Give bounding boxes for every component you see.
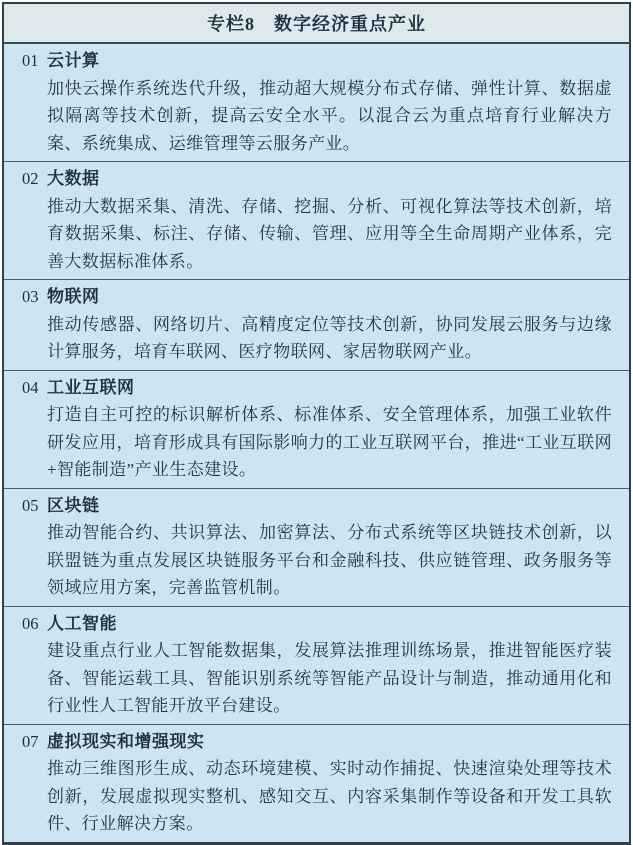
industry-section: 01 云计算 加快云操作系统迭代升级，推动超大规模分布式存储、弹性计算、数据虚拟… (4, 44, 629, 162)
section-number: 02 (22, 165, 47, 193)
section-title: 虚拟现实和增强现实 (47, 728, 205, 756)
section-number: 01 (22, 47, 47, 75)
section-title: 区块链 (47, 492, 100, 520)
industry-section: 06 人工智能 建设重点行业人工智能数据集，发展算法推理训练场景，推进智能医疗装… (4, 607, 629, 725)
section-title-row: 01 云计算 (4, 47, 629, 75)
sections-list: 01 云计算 加快云操作系统迭代升级，推动超大规模分布式存储、弹性计算、数据虚拟… (4, 44, 629, 828)
section-title-row: 05 区块链 (4, 492, 629, 520)
section-title: 工业互联网 (47, 374, 135, 402)
industry-box: 专栏8 数字经济重点产业 01 云计算 加快云操作系统迭代升级，推动超大规模分布… (2, 2, 631, 828)
section-description: 推动智能合约、共识算法、加密算法、分布式系统等区块链技术创新，以联盟链为重点发展… (47, 519, 612, 602)
section-number: 05 (22, 492, 47, 520)
section-number: 06 (22, 610, 47, 638)
industry-section: 04 工业互联网 打造自主可控的标识解析体系、标准体系、安全管理体系，加强工业软… (4, 371, 629, 489)
box-title: 专栏8 数字经济重点产业 (207, 10, 426, 36)
industry-section: 02 大数据 推动大数据采集、清洗、存储、挖掘、分析、可视化算法等技术创新，培育… (4, 162, 629, 280)
section-title-row: 07 虚拟现实和增强现实 (4, 728, 629, 756)
section-description: 推动三维图形生成、动态环境建模、实时动作捕捉、快速渲染处理等技术创新，发展虚拟现… (47, 755, 612, 828)
industry-section: 03 物联网 推动传感器、网络切片、高精度定位等技术创新，协同发展云服务与边缘计… (4, 280, 629, 371)
section-title: 云计算 (47, 47, 100, 75)
section-title: 物联网 (47, 283, 100, 311)
section-title: 大数据 (47, 165, 100, 193)
section-title: 人工智能 (47, 610, 117, 638)
industry-section: 07 虚拟现实和增强现实 推动三维图形生成、动态环境建模、实时动作捕捉、快速渲染… (4, 725, 629, 829)
section-title-row: 02 大数据 (4, 165, 629, 193)
section-title-row: 06 人工智能 (4, 610, 629, 638)
section-description: 建设重点行业人工智能数据集，发展算法推理训练场景，推进智能医疗装备、智能运载工具… (47, 637, 612, 720)
industry-section: 05 区块链 推动智能合约、共识算法、加密算法、分布式系统等区块链技术创新，以联… (4, 489, 629, 607)
box-header: 专栏8 数字经济重点产业 (4, 4, 629, 44)
section-title-row: 03 物联网 (4, 283, 629, 311)
section-description: 加快云操作系统迭代升级，推动超大规模分布式存储、弹性计算、数据虚拟隔离等技术创新… (47, 75, 612, 158)
section-number: 07 (22, 728, 47, 756)
section-title-row: 04 工业互联网 (4, 374, 629, 402)
section-number: 04 (22, 374, 47, 402)
section-description: 打造自主可控的标识解析体系、标准体系、安全管理体系，加强工业软件研发应用，培育形… (47, 401, 612, 484)
section-description: 推动大数据采集、清洗、存储、挖掘、分析、可视化算法等技术创新，培育数据采集、标注… (47, 193, 612, 276)
section-number: 03 (22, 283, 47, 311)
section-description: 推动传感器、网络切片、高精度定位等技术创新，协同发展云服务与边缘计算服务，培育车… (47, 311, 612, 366)
